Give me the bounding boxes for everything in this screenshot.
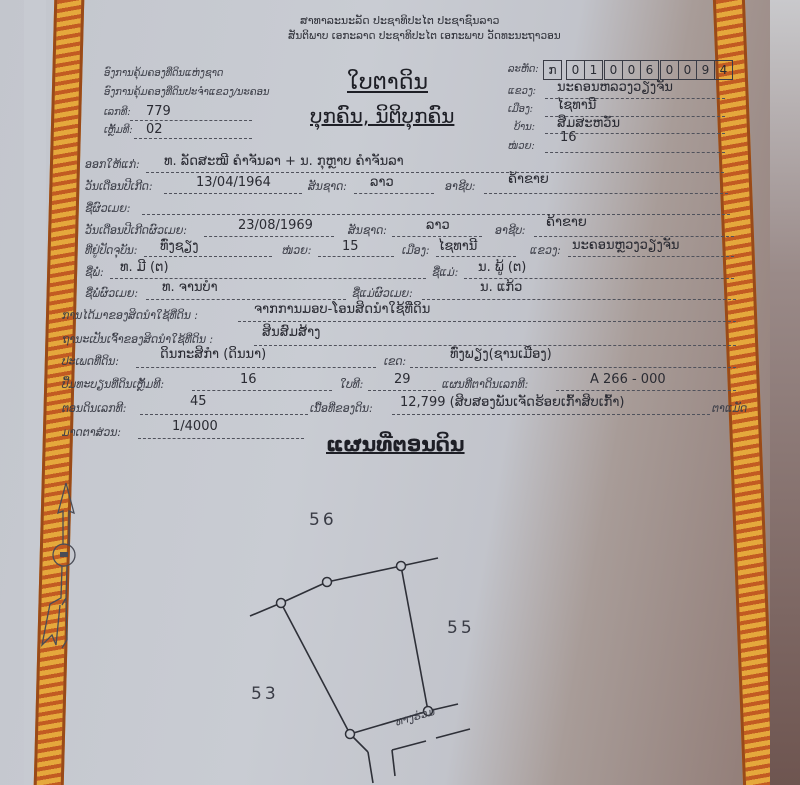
parcel-map [0,0,800,785]
neighbor-parcel-53: 53 [251,684,279,704]
neighbor-parcel-55: 55 [447,618,475,638]
neighbor-parcel-56: 56 [309,510,337,530]
parcel-boundary [250,558,470,783]
north-arrow-icon [42,483,75,648]
